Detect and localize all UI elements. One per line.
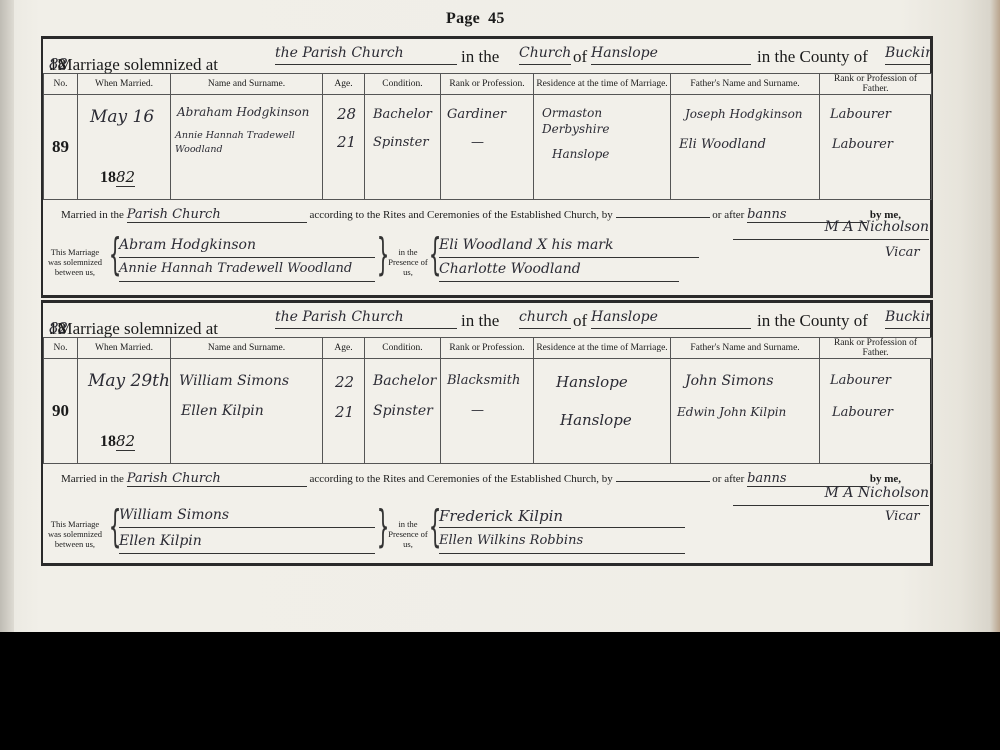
register-table: No. When Married. Name and Surname. Age.… bbox=[43, 73, 932, 200]
district-field: Hanslope bbox=[591, 309, 751, 329]
column-headers: No. When Married. Name and Surname. Age.… bbox=[44, 338, 932, 359]
residence-cell: Ormaston Derbyshire Hanslope bbox=[534, 95, 671, 200]
date-cell: May 29th 1882 bbox=[78, 359, 171, 464]
marriage-entry-89: 1882. Marriage solemnized at the Parish … bbox=[41, 36, 933, 298]
age-cell: 28 21 bbox=[323, 95, 365, 200]
according-label: according to the Rites and Ceremonies of… bbox=[309, 209, 612, 221]
col-father-name: Father's Name and Surname. bbox=[671, 338, 820, 359]
name-cell: William Simons Ellen Kilpin bbox=[171, 359, 323, 464]
col-father-rank: Rank or Profession of Father. bbox=[820, 74, 932, 95]
groom-rank: Blacksmith bbox=[447, 373, 520, 388]
col-age: Age. bbox=[323, 338, 365, 359]
bride-condition: Spinster bbox=[373, 403, 433, 419]
this-marriage-label: This Marriage was solemnized between us, bbox=[45, 247, 105, 277]
signature-section: Married in the Parish Church according t… bbox=[43, 195, 930, 295]
signature-section: Married in the Parish Church according t… bbox=[43, 461, 930, 561]
rank-cell: Gardiner — bbox=[441, 95, 534, 200]
bride-rank: — bbox=[471, 135, 484, 150]
licence-field bbox=[616, 469, 710, 482]
of-label: of bbox=[573, 311, 587, 331]
in-the-label: in the bbox=[461, 311, 499, 331]
bride-father: Edwin John Kilpin bbox=[677, 405, 786, 419]
date-year: 1882 bbox=[100, 168, 135, 187]
licence-field bbox=[616, 205, 710, 218]
married-in-field: Parish Church bbox=[127, 471, 307, 487]
witness-2-signature: Charlotte Woodland bbox=[439, 261, 679, 282]
col-no: No. bbox=[44, 338, 78, 359]
groom-condition: Bachelor bbox=[373, 107, 432, 122]
col-when-married: When Married. bbox=[78, 74, 171, 95]
bride-age: 21 bbox=[335, 403, 354, 421]
officiant-title: Vicar bbox=[885, 245, 920, 260]
condition-cell: Bachelor Spinster bbox=[365, 359, 441, 464]
married-in-field: Parish Church bbox=[127, 207, 307, 223]
groom-rank: Gardiner bbox=[447, 107, 506, 122]
condition-cell: Bachelor Spinster bbox=[365, 95, 441, 200]
groom-residence: Ormaston Derbyshire bbox=[542, 105, 642, 137]
entry-title-bar: 1882. Marriage solemnized at the Parish … bbox=[43, 303, 930, 337]
groom-signature: William Simons bbox=[119, 507, 375, 528]
witness-2-signature: Ellen Wilkins Robbins bbox=[439, 533, 685, 554]
groom-name: Abraham Hodgkinson bbox=[177, 105, 309, 119]
date-value: May 16 bbox=[90, 107, 154, 127]
col-when-married: When Married. bbox=[78, 338, 171, 359]
bride-residence: Hanslope bbox=[560, 411, 632, 429]
bride-rank: — bbox=[471, 403, 484, 418]
register-table: No. When Married. Name and Surname. Age.… bbox=[43, 337, 932, 464]
rank-cell: Blacksmith — bbox=[441, 359, 534, 464]
marriage-entry-90: 1882. Marriage solemnized at the Parish … bbox=[41, 300, 933, 566]
by-me-label: by me, bbox=[870, 473, 901, 485]
date-year-prefix: 18 bbox=[100, 169, 116, 186]
table-row: 90 May 29th 1882 William Simons Ellen Ki… bbox=[44, 359, 932, 464]
county-field: Buckingham bbox=[885, 45, 931, 65]
date-year: 1882 bbox=[100, 432, 135, 451]
solemnized-label: . Marriage solemnized at bbox=[49, 319, 218, 339]
officiant-signature: M A Nicholson bbox=[733, 219, 929, 240]
col-father-rank: Rank or Profession of Father. bbox=[820, 338, 932, 359]
father-rank-cell: Labourer Labourer bbox=[820, 95, 932, 200]
groom-condition: Bachelor bbox=[373, 373, 436, 389]
table-row: 89 May 16 1882 Abraham Hodgkinson Annie … bbox=[44, 95, 932, 200]
col-residence: Residence at the time of Marriage. bbox=[534, 338, 671, 359]
of-label: of bbox=[573, 47, 587, 67]
entry-number: 89 bbox=[44, 95, 78, 200]
groom-residence: Hanslope bbox=[556, 373, 628, 391]
date-cell: May 16 1882 bbox=[78, 95, 171, 200]
married-in-label: Married in the bbox=[61, 473, 124, 485]
date-year-suffix: 82 bbox=[116, 432, 135, 451]
this-marriage-label: This Marriage was solemnized between us, bbox=[45, 519, 105, 549]
county-label: in the County of bbox=[757, 47, 868, 67]
col-condition: Condition. bbox=[365, 74, 441, 95]
col-condition: Condition. bbox=[365, 338, 441, 359]
district-type-field: Church bbox=[519, 45, 571, 65]
name-cell: Abraham Hodgkinson Annie Hannah Tradewel… bbox=[171, 95, 323, 200]
col-no: No. bbox=[44, 74, 78, 95]
place-field: the Parish Church bbox=[275, 45, 457, 65]
col-name: Name and Surname. bbox=[171, 338, 323, 359]
bride-father-rank: Labourer bbox=[832, 405, 893, 420]
entry-title-bar: 1882. Marriage solemnized at the Parish … bbox=[43, 39, 930, 73]
page-number: Page45 bbox=[446, 10, 505, 28]
witness-1-signature: Eli Woodland X his mark bbox=[439, 237, 699, 258]
district-type-field: church bbox=[519, 309, 571, 329]
groom-father-rank: Labourer bbox=[830, 373, 891, 388]
residence-cell: Hanslope Hanslope bbox=[534, 359, 671, 464]
county-label: in the County of bbox=[757, 311, 868, 331]
presence-label: in the Presence of us, bbox=[387, 247, 429, 277]
bride-name: Ellen Kilpin bbox=[181, 403, 264, 419]
bride-signature: Annie Hannah Tradewell Woodland bbox=[119, 261, 375, 282]
register-page: Page45 1882. Marriage solemnized at the … bbox=[0, 0, 1000, 632]
father-name-cell: John Simons Edwin John Kilpin bbox=[671, 359, 820, 464]
bride-father: Eli Woodland bbox=[679, 137, 766, 152]
groom-name: William Simons bbox=[179, 373, 289, 389]
bride-residence: Hanslope bbox=[552, 147, 609, 161]
district-field: Hanslope bbox=[591, 45, 751, 65]
married-in-label: Married in the bbox=[61, 209, 124, 221]
col-residence: Residence at the time of Marriage. bbox=[534, 74, 671, 95]
col-name: Name and Surname. bbox=[171, 74, 323, 95]
bride-signature: Ellen Kilpin bbox=[119, 533, 375, 554]
bride-name: Annie Hannah Tradewell Woodland bbox=[175, 129, 305, 157]
col-rank: Rank or Profession. bbox=[441, 338, 534, 359]
col-age: Age. bbox=[323, 74, 365, 95]
date-value: May 29th bbox=[88, 371, 170, 391]
place-field: the Parish Church bbox=[275, 309, 457, 329]
or-after-label: or after bbox=[712, 473, 744, 485]
in-the-label: in the bbox=[461, 47, 499, 67]
groom-age: 28 bbox=[337, 105, 356, 123]
groom-father: Joseph Hodgkinson bbox=[685, 107, 803, 121]
page-label: Page bbox=[446, 10, 480, 27]
groom-father-rank: Labourer bbox=[830, 107, 891, 122]
groom-signature: Abram Hodgkinson bbox=[119, 237, 375, 258]
presence-label: in the Presence of us, bbox=[387, 519, 429, 549]
col-father-name: Father's Name and Surname. bbox=[671, 74, 820, 95]
groom-age: 22 bbox=[335, 373, 354, 391]
groom-father: John Simons bbox=[685, 373, 774, 389]
bride-father-rank: Labourer bbox=[832, 137, 893, 152]
witness-1-signature: Frederick Kilpin bbox=[439, 507, 685, 528]
officiant-signature: M A Nicholson bbox=[733, 485, 929, 506]
date-year-suffix: 82 bbox=[116, 168, 135, 187]
entry-number: 90 bbox=[44, 359, 78, 464]
solemnized-label: . Marriage solemnized at bbox=[49, 55, 218, 75]
according-label: according to the Rites and Ceremonies of… bbox=[309, 473, 612, 485]
father-name-cell: Joseph Hodgkinson Eli Woodland bbox=[671, 95, 820, 200]
bride-age: 21 bbox=[337, 133, 356, 151]
column-headers: No. When Married. Name and Surname. Age.… bbox=[44, 74, 932, 95]
county-field: Buckingham bbox=[885, 309, 931, 329]
officiant-title: Vicar bbox=[885, 509, 920, 524]
father-rank-cell: Labourer Labourer bbox=[820, 359, 932, 464]
date-year-prefix: 18 bbox=[100, 433, 116, 450]
col-rank: Rank or Profession. bbox=[441, 74, 534, 95]
page-number-value: 45 bbox=[488, 10, 505, 27]
age-cell: 22 21 bbox=[323, 359, 365, 464]
bride-condition: Spinster bbox=[373, 135, 429, 150]
